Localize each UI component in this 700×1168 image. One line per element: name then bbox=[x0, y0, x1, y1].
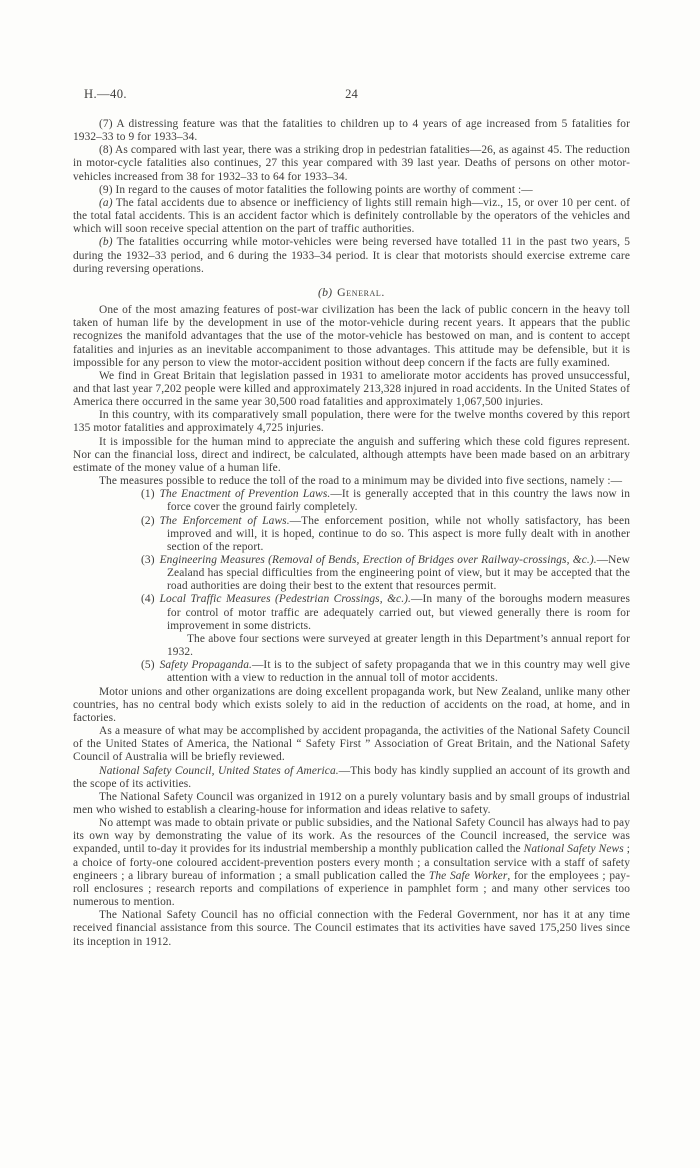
section-heading-title: General. bbox=[337, 285, 385, 299]
paragraph-9b: (b) The fatalities occurring while motor… bbox=[73, 236, 630, 275]
list-item-lead: The Enforcement of Laws. bbox=[160, 515, 290, 527]
list-item-number: (1) bbox=[141, 488, 155, 500]
subitem-label-b: (b) bbox=[99, 236, 113, 248]
paragraph-general-5: The measures possible to reduce the toll… bbox=[73, 475, 630, 488]
paragraph-general-4: It is impossible for the human mind to a… bbox=[73, 436, 630, 475]
paragraph-general-2: We find in Great Britain that legislatio… bbox=[73, 370, 630, 409]
list-item-lead: Local Traffic Measures (Pedestrian Cross… bbox=[160, 593, 411, 605]
page-header: H.—40. 24 bbox=[73, 88, 630, 104]
list-item-5: (5)Safety Propaganda.—It is to the subje… bbox=[73, 659, 630, 685]
paragraph-8: (8) As compared with last year, there wa… bbox=[73, 144, 630, 183]
paragraph-general-9: The National Safety Council was organize… bbox=[73, 791, 630, 817]
list-item-number: (4) bbox=[141, 593, 155, 605]
list-note: The above four sections were surveyed at… bbox=[73, 633, 630, 659]
list-item-number: (5) bbox=[141, 659, 155, 671]
document-page: H.—40. 24 (7) A distressing feature was … bbox=[0, 0, 700, 1168]
paragraph-general-10: No attempt was made to obtain private or… bbox=[73, 817, 630, 909]
paragraph-general-3: In this country, with its comparatively … bbox=[73, 409, 630, 435]
section-heading-prefix: (b) bbox=[318, 285, 332, 299]
paragraph-general-1: One of the most amazing features of post… bbox=[73, 304, 630, 370]
publication-title-safe-worker: The Safe Worker bbox=[429, 870, 507, 882]
paragraph-general-8: National Safety Council, United States o… bbox=[73, 765, 630, 791]
page-number: 24 bbox=[73, 88, 630, 101]
subitem-text-a: The fatal accidents due to absence or in… bbox=[73, 197, 630, 235]
paragraph-general-11: The National Safety Council has no offic… bbox=[73, 909, 630, 948]
list-item-4: (4)Local Traffic Measures (Pedestrian Cr… bbox=[73, 593, 630, 632]
section-heading-general: (b)General. bbox=[73, 286, 630, 299]
list-item-1: (1)The Enactment of Prevention Laws.—It … bbox=[73, 488, 630, 514]
publication-title-safety-news: National Safety News bbox=[524, 843, 624, 855]
paragraph-7: (7) A distressing feature was that the f… bbox=[73, 118, 630, 144]
list-item-lead: Safety Propaganda. bbox=[160, 659, 252, 671]
paragraph-9: (9) In regard to the causes of motor fat… bbox=[73, 184, 630, 197]
list-item-lead: The Enactment of Prevention Laws. bbox=[160, 488, 331, 500]
paragraph-general-6: Motor unions and other organizations are… bbox=[73, 686, 630, 725]
list-item-number: (3) bbox=[141, 554, 155, 566]
paragraph-9a: (a) The fatal accidents due to absence o… bbox=[73, 197, 630, 236]
list-item-2: (2)The Enforcement of Laws.—The enforcem… bbox=[73, 515, 630, 554]
paragraph-lead-nsc: National Safety Council, United States o… bbox=[99, 765, 339, 777]
subitem-label-a: (a) bbox=[99, 197, 113, 209]
subitem-text-b: The fatalities occurring while motor-veh… bbox=[73, 236, 630, 274]
measures-list: (1)The Enactment of Prevention Laws.—It … bbox=[73, 488, 630, 685]
paragraph-general-7: As a measure of what may be accomplished… bbox=[73, 725, 630, 764]
list-item-lead: Engineering Measures (Removal of Bends, … bbox=[160, 554, 597, 566]
list-item-3: (3)Engineering Measures (Removal of Bend… bbox=[73, 554, 630, 593]
list-item-number: (2) bbox=[141, 515, 155, 527]
